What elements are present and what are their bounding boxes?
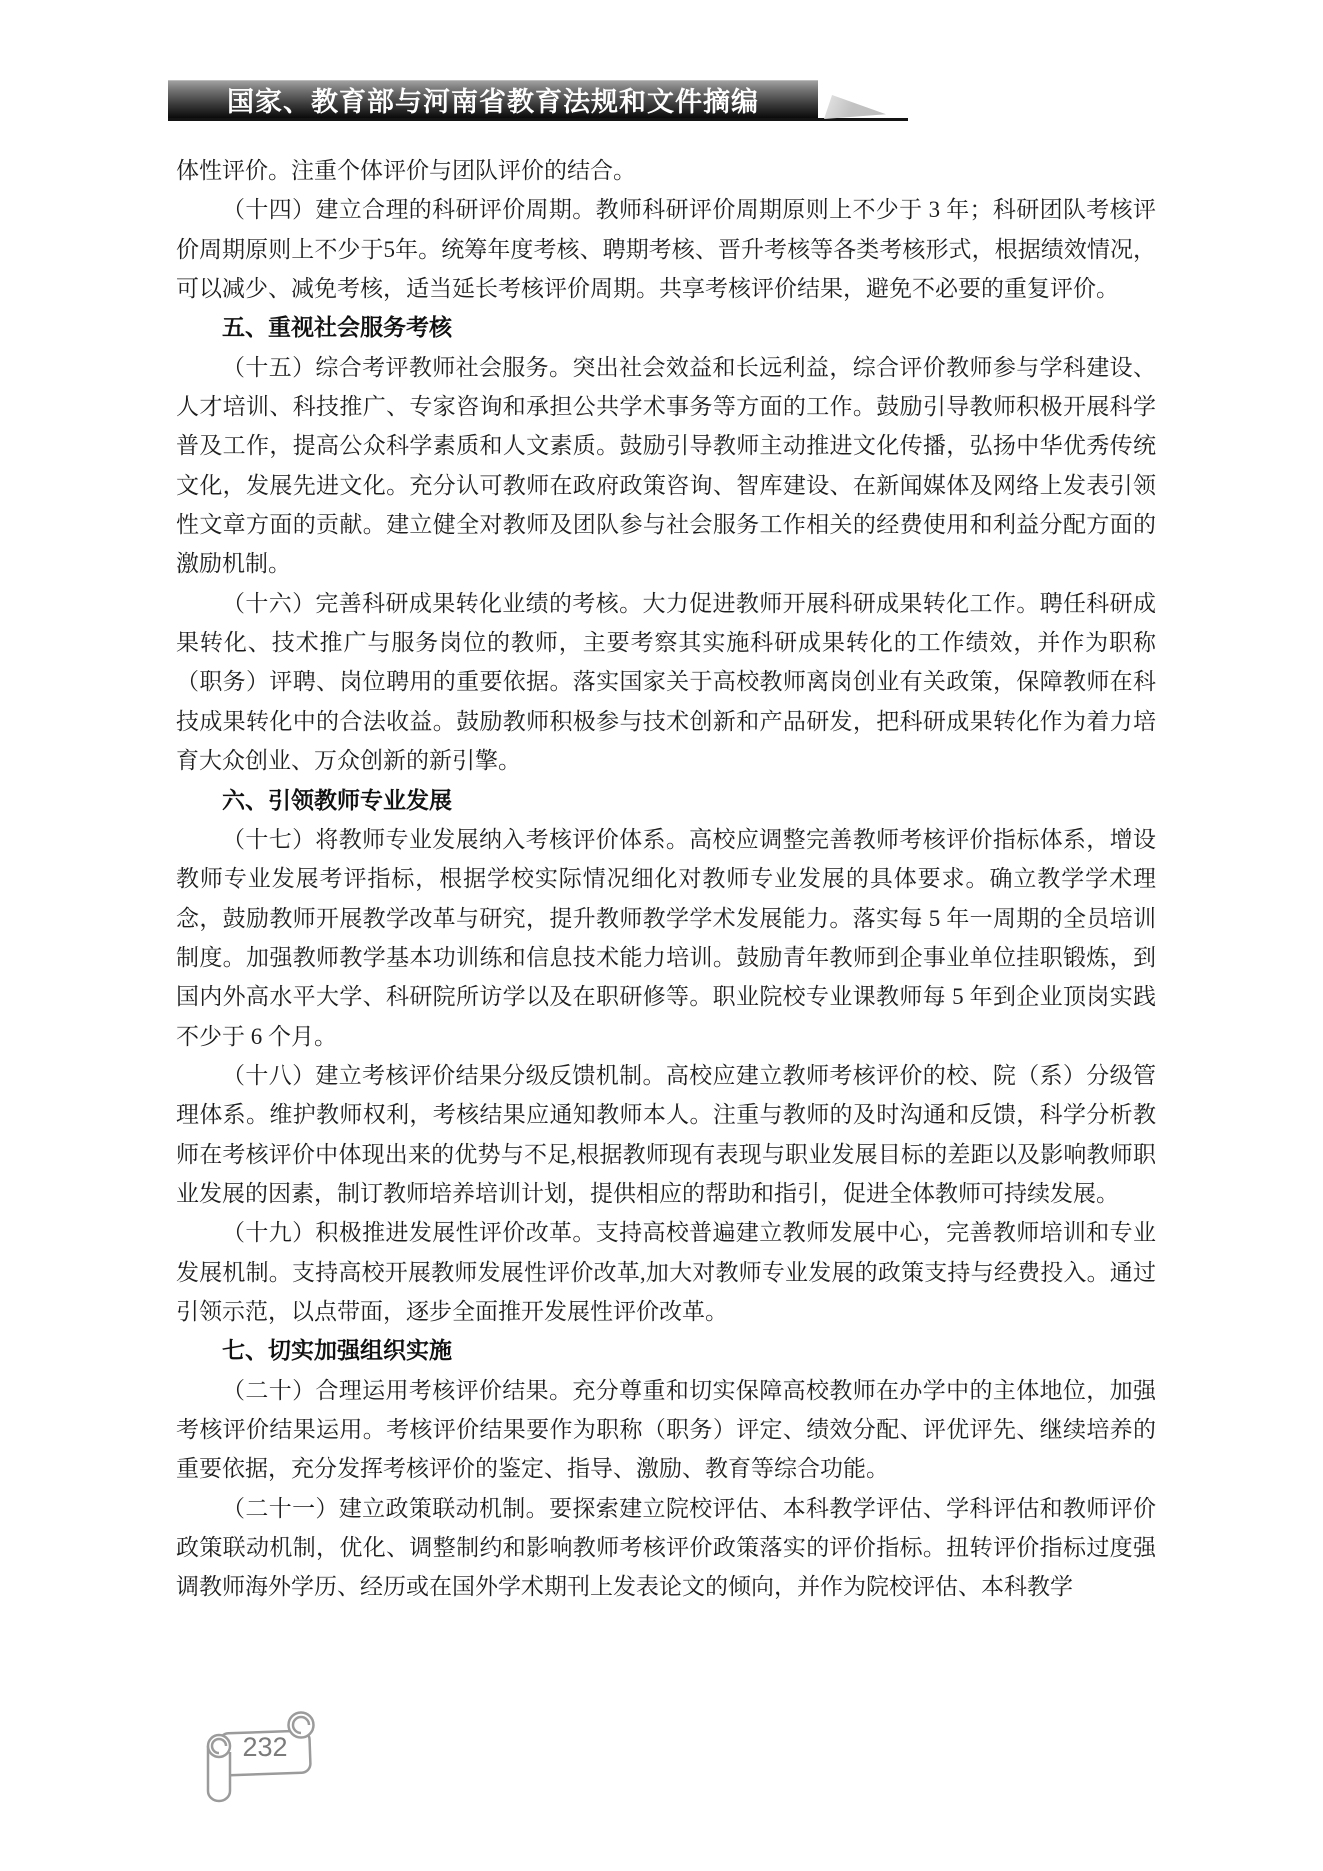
header-title: 国家、教育部与河南省教育法规和文件摘编 [227,80,759,119]
body-paragraph: （二十一）建立政策联动机制。要探索建立院校评估、本科教学评估、学科评估和教师评价… [176,1489,1156,1607]
body-paragraph: （十八）建立考核评价结果分级反馈机制。高校应建立教师考核评价的校、院（系）分级管… [176,1056,1156,1213]
body-paragraph: （十五）综合考评教师社会服务。突出社会效益和长远利益，综合评价教师参与学科建设、… [176,348,1156,584]
banner-underline [168,118,908,121]
body-paragraph: （二十）合理运用考核评价结果。充分尊重和切实保障高校教师在办学中的主体地位，加强… [176,1371,1156,1489]
banner-arrow-icon [824,95,886,119]
section-heading: 五、重视社会服务考核 [176,308,1156,347]
page-number: 232 [234,1732,296,1763]
page-scroll-icon: 232 [198,1708,330,1812]
body-paragraph: （十七）将教师专业发展纳入考核评价体系。高校应调整完善教师考核评价指标体系，增设… [176,820,1156,1056]
body-paragraph: （十六）完善科研成果转化业绩的考核。大力促进教师开展科研成果转化工作。聘任科研成… [176,584,1156,781]
document-body: 体性评价。注重个体评价与团队评价的结合。 （十四）建立合理的科研评价周期。教师科… [176,151,1156,1607]
continuation-paragraph: 体性评价。注重个体评价与团队评价的结合。 [176,151,1156,190]
document-page: 国家、教育部与河南省教育法规和文件摘编 体性评价。注重个体评价与团队评价的结合。… [0,0,1323,1871]
body-paragraph: （十九）积极推进发展性评价改革。支持高校普遍建立教师发展中心，完善教师培训和专业… [176,1213,1156,1331]
section-heading: 六、引领教师专业发展 [176,781,1156,820]
section-heading: 七、切实加强组织实施 [176,1331,1156,1370]
body-paragraph: （十四）建立合理的科研评价周期。教师科研评价周期原则上不少于 3 年；科研团队考… [176,190,1156,308]
header-banner: 国家、教育部与河南省教育法规和文件摘编 [168,80,818,118]
